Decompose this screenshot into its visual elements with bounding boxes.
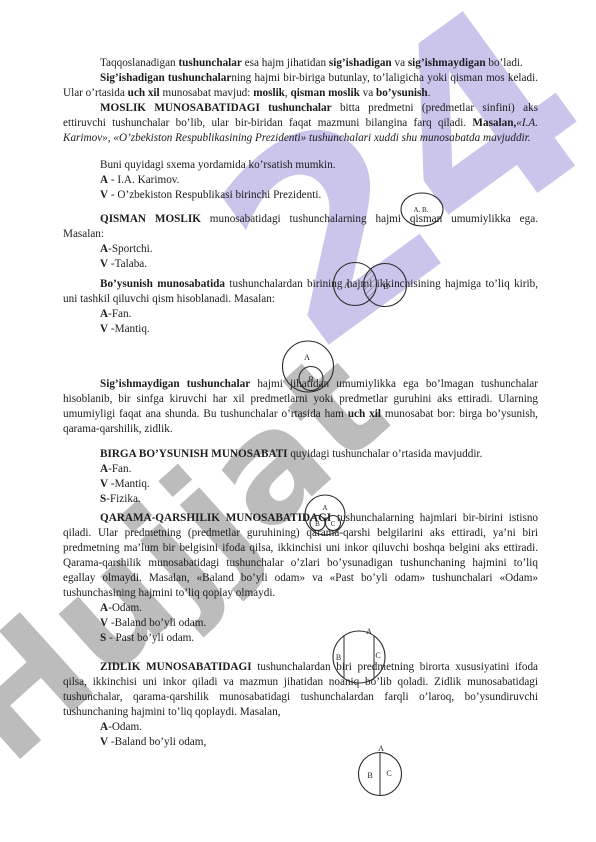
venn-diagram-qarama-qarshilik: A B C: [330, 625, 392, 689]
definition-line-a-fan: A-Fan.: [63, 307, 538, 322]
text-segment: V: [100, 189, 108, 201]
text-segment: V: [100, 478, 108, 490]
text-segment: - Past bo’yli odam.: [106, 632, 194, 644]
text-segment: Sig’ishadigan tushunchalar: [100, 72, 231, 84]
paragraph-sigishadigan: Sig’ishadigan tushunchalarning hajmi bir…: [63, 71, 538, 101]
paragraph-moslik-munosabatidagi: MOSLIK MUNOSABATIDAGI tushunchalar bitta…: [63, 101, 538, 146]
diagram-label-b: B: [336, 653, 341, 662]
definition-line-a-odam: A-Odam.: [63, 601, 538, 616]
diagram-label-b: B: [315, 520, 320, 528]
diagram-label-c: C: [331, 520, 336, 528]
definition-line-s-past: S - Past bo’yli odam.: [63, 631, 538, 646]
definition-line-v-baland2: V -Baland bo’yli odam,: [63, 735, 538, 750]
text-segment: tushunchalar: [178, 57, 241, 69]
text-segment: qisman moslik: [291, 87, 360, 99]
diagram-label-a: A: [344, 281, 350, 290]
definition-line-a-karimov: A - I.A. Karimov.: [63, 173, 538, 188]
paragraph-taqqoslanadigan: Taqqoslanadigan tushunchalar esa hajm ji…: [63, 56, 538, 71]
paragraph-qarama-qarshilik: QARAMA-QARSHILIK MUNOSABATIDAGI tushunch…: [63, 511, 538, 601]
text-segment: -Odam.: [108, 721, 142, 733]
text-segment: va: [360, 87, 376, 99]
document-content: Taqqoslanadigan tushunchalar esa hajm ji…: [63, 56, 538, 750]
venn-diagram-moslik: A. B.: [394, 188, 450, 234]
text-segment: -Fan.: [108, 308, 131, 320]
text-segment: tushunchalarning hajmlari bir-birini ist…: [63, 512, 538, 599]
text-segment: A: [100, 308, 108, 320]
text-segment: sig’ishadigan: [329, 57, 392, 69]
diagram-label-b: B: [367, 771, 372, 780]
text-segment: A: [100, 243, 108, 255]
text-segment: A: [100, 174, 108, 186]
text-segment: .: [428, 87, 431, 99]
text-segment: bo’ysunish: [376, 87, 428, 99]
text-segment: -Fan.: [108, 463, 131, 475]
text-segment: -Mantiq.: [108, 478, 150, 490]
text-segment: uch xil: [348, 408, 381, 420]
diagram-label-ab: A. B.: [414, 206, 429, 214]
text-segment: esa hajm jihatidan: [242, 57, 329, 69]
text-segment: QARAMA-QARSHILIK MUNOSABATIDAGI: [100, 512, 331, 524]
text-segment: -Sportchi.: [108, 243, 152, 255]
text-segment: moslik: [253, 87, 285, 99]
definition-line-v-mantiq2: V -Mantiq.: [63, 477, 538, 492]
diagram-label-c: C: [375, 651, 380, 660]
text-segment: V: [100, 323, 108, 335]
paragraph-buni: Buni quyidagi sxema yordamida ko’rsatish…: [63, 158, 538, 173]
text-segment: ZIDLIK MUNOSABATIDAGI: [100, 661, 252, 673]
text-segment: Taqqoslanadigan: [100, 57, 178, 69]
text-segment: - I.A. Karimov.: [108, 174, 179, 186]
paragraph-boysunish: Bo’ysunish munosabatida tushunchalardan …: [63, 277, 538, 307]
text-segment: -Baland bo’yli odam.: [108, 617, 206, 629]
venn-diagram-boysunish: A B: [280, 338, 340, 398]
text-segment: A: [100, 602, 108, 614]
paragraph-zidlik: ZIDLIK MUNOSABATIDAGI tushunchalardan bi…: [63, 660, 538, 720]
text-segment: bo’ladi.: [486, 57, 523, 69]
document-page: Hujjat 24 Taqqoslanadigan tushunchalar e…: [0, 0, 596, 842]
text-segment: - O’zbekiston Respublikasi birinchi Prez…: [108, 189, 321, 201]
text-segment: -Fizika.: [106, 493, 141, 505]
text-segment: quyidagi tushunchalar o’rtasida mavjuddi…: [288, 448, 483, 460]
diagram-label-a: A: [366, 627, 372, 636]
text-segment: A: [100, 463, 108, 475]
text-segment: A: [100, 721, 108, 733]
text-segment: sig’ishmaydigan: [408, 57, 486, 69]
definition-line-v-baland: V -Baland bo’yli odam.: [63, 616, 538, 631]
venn-diagram-birga-boysunish: A B C: [303, 493, 347, 537]
text-segment: V: [100, 617, 108, 629]
definition-line-v-talaba: V -Talaba.: [63, 257, 538, 272]
venn-diagram-qisman-moslik: A B: [328, 258, 412, 312]
diagram-label-a: A: [304, 353, 310, 362]
text-segment: MOSLIK MUNOSABATIDAGI tushunchalar: [100, 102, 332, 114]
circle-a: [305, 495, 345, 535]
diagram-label-a: A: [322, 504, 327, 512]
definition-line-a-fan2: A-Fan.: [63, 462, 538, 477]
text-segment: -Baland bo’yli odam,: [108, 736, 206, 748]
text-segment: -Mantiq.: [108, 323, 150, 335]
text-segment: uch xil: [128, 87, 160, 99]
text-segment: -Talaba.: [108, 258, 147, 270]
diagram-label-b: B: [383, 282, 388, 291]
text-segment: Buni quyidagi sxema yordamida ko’rsatish…: [100, 159, 336, 171]
paragraph-birga-boysunish: BIRGA BO’YSUNISH MUNOSABATI quyidagi tus…: [63, 447, 538, 462]
venn-diagram-zidlik: A B C: [355, 744, 407, 802]
diagram-label-b: B: [308, 375, 313, 384]
text-segment: V: [100, 258, 108, 270]
text-segment: QISMAN MOSLIK: [100, 213, 201, 225]
definition-line-a-sportchi: A-Sportchi.: [63, 242, 538, 257]
definition-line-a-odam2: A-Odam.: [63, 720, 538, 735]
diagram-label-c: C: [386, 769, 391, 778]
diagram-label-a: A: [378, 744, 384, 753]
text-segment: -Odam.: [108, 602, 142, 614]
text-segment: munosabat mavjud:: [160, 87, 254, 99]
text-segment: Masalan,: [472, 117, 516, 129]
definition-line-s-fizika: S-Fizika.: [63, 492, 538, 507]
paragraph-qisman-moslik: QISMAN MOSLIK munosabatidagi tushunchala…: [63, 212, 538, 242]
text-segment: Sig’ishmaydigan tushunchalar: [100, 378, 250, 390]
text-segment: Bo’ysunish munosabatida: [100, 278, 225, 290]
text-segment: V: [100, 736, 108, 748]
text-segment: BIRGA BO’YSUNISH MUNOSABATI: [100, 448, 288, 460]
definition-line-v-mantiq: V -Mantiq.: [63, 322, 538, 337]
text-segment: va: [392, 57, 408, 69]
definition-line-v-prezident: V - O’zbekiston Respublikasi birinchi Pr…: [63, 188, 538, 203]
